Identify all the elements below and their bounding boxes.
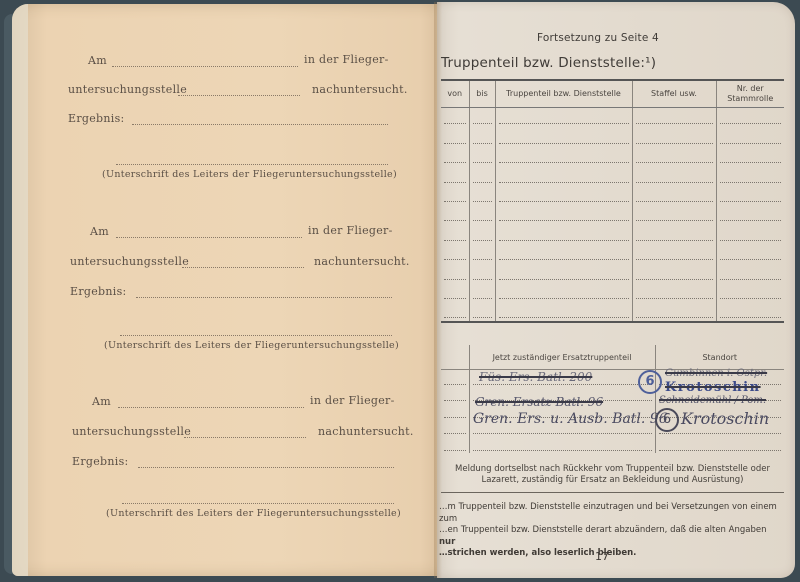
signature-caption: (Unterschrift des Leiters der Fliegerunt… [102, 169, 397, 180]
column-header-truppenteil: Truppenteil bzw. Dienststelle [495, 80, 632, 108]
column-header-von: von [441, 80, 469, 108]
place-field-line [182, 267, 304, 268]
signature-line [122, 503, 394, 504]
open-document-booklet: Am in der Flieger- untersuchungsstelle n… [0, 0, 800, 582]
table-row [441, 127, 784, 146]
untersuchungsstelle-label: untersuchungsstelle [70, 255, 189, 268]
result-field-line [132, 124, 388, 125]
nachuntersucht-label: nachuntersucht. [312, 83, 408, 96]
table-row [441, 147, 784, 166]
column-header-ersatztruppenteil: Jetzt zuständiger Ersatztruppenteil [469, 345, 655, 370]
table-row [441, 436, 784, 453]
signature-caption: (Unterschrift des Leiters der Fliegerunt… [106, 508, 401, 519]
handwritten-location-current: Krotoschin [681, 409, 769, 428]
am-label: Am [88, 54, 107, 67]
page-number: 17 [595, 550, 609, 563]
footnote-line-1: …m Truppenteil bzw. Dienststelle einzutr… [439, 502, 784, 525]
handwritten-unit-entry-1: Füs. Ers. Batl. 200 [479, 370, 592, 384]
reporting-note: Meldung dortselbst nach Rückkehr vom Tru… [441, 464, 784, 486]
date-field-line [118, 407, 304, 408]
table-row [441, 224, 784, 243]
footnote: …m Truppenteil bzw. Dienststelle einzutr… [439, 502, 784, 560]
continuation-heading: Fortsetzung zu Seite 4 [537, 32, 659, 44]
in-der-flieger-label: in der Flieger- [310, 394, 395, 407]
nachuntersucht-label: nachuntersucht. [314, 255, 410, 268]
table-row [441, 244, 784, 263]
in-der-flieger-label: in der Flieger- [308, 224, 393, 237]
footnote-divider [441, 492, 784, 493]
nachuntersucht-label: nachuntersucht. [318, 425, 414, 438]
stamp-6-blue: 6 [638, 370, 662, 394]
table-row [441, 283, 784, 302]
signature-line [120, 335, 392, 336]
in-der-flieger-label: in der Flieger- [304, 53, 389, 66]
table-row [441, 205, 784, 224]
handwritten-location-entry-2: Schneidemühl / Pom. [659, 395, 766, 406]
ergebnis-label: Ergebnis: [68, 112, 125, 125]
table-header-row: von bis Truppenteil bzw. Dienststelle St… [441, 80, 784, 108]
table-header-row: Jetzt zuständiger Ersatztruppenteil Stan… [441, 345, 784, 370]
handwritten-location-entry-1: Gumbinnen i. Ostpr. [665, 368, 767, 379]
stamped-location-krotoschin-struck: Krotoschin [665, 380, 761, 395]
result-field-line [138, 467, 394, 468]
left-page: Am in der Flieger- untersuchungsstelle n… [12, 4, 446, 576]
date-field-line [116, 237, 302, 238]
result-field-line [136, 297, 392, 298]
section-title: Truppenteil bzw. Dienststelle:¹) [441, 55, 656, 71]
unit-assignment-table: von bis Truppenteil bzw. Dienststelle St… [441, 79, 784, 323]
ergebnis-label: Ergebnis: [70, 285, 127, 298]
right-page: Fortsetzung zu Seite 4 Truppenteil bzw. … [437, 2, 795, 578]
book-gutter [434, 2, 442, 578]
left-page-edge-strip [12, 4, 28, 576]
ergebnis-label: Ergebnis: [72, 455, 129, 468]
footnote-line-2: …en Truppenteil bzw. Dienststelle derart… [439, 525, 784, 548]
column-header-stammrolle: Nr. der Stammrolle [716, 80, 784, 108]
am-label: Am [90, 225, 109, 238]
untersuchungsstelle-label: untersuchungsstelle [72, 425, 191, 438]
place-field-line [184, 437, 306, 438]
table-row [441, 108, 784, 128]
footnote-line-2-text: …en Truppenteil bzw. Dienststelle derart… [439, 525, 766, 535]
footnote-line-3: …strichen werden, also leserlich bleiben… [439, 548, 784, 560]
table-row [441, 263, 784, 282]
signature-line [116, 164, 388, 165]
place-field-line [178, 95, 300, 96]
date-field-line [112, 66, 298, 67]
untersuchungsstelle-label: untersuchungsstelle [68, 83, 187, 96]
am-label: Am [92, 395, 111, 408]
stamp-6-dark: 6 [655, 408, 679, 432]
column-header-staffel: Staffel usw. [632, 80, 716, 108]
handwritten-unit-entry-2: Gren. Ersatz Batl. 96 [475, 395, 603, 409]
handwritten-unit-entry-current: Gren. Ers. u. Ausb. Batl. 96 [473, 411, 668, 427]
table-row [441, 302, 784, 322]
column-header-bis: bis [469, 80, 495, 108]
table-row [441, 166, 784, 185]
table-row [441, 186, 784, 205]
column-header-standort: Standort [655, 345, 784, 370]
signature-caption: (Unterschrift des Leiters der Fliegerunt… [104, 340, 399, 351]
